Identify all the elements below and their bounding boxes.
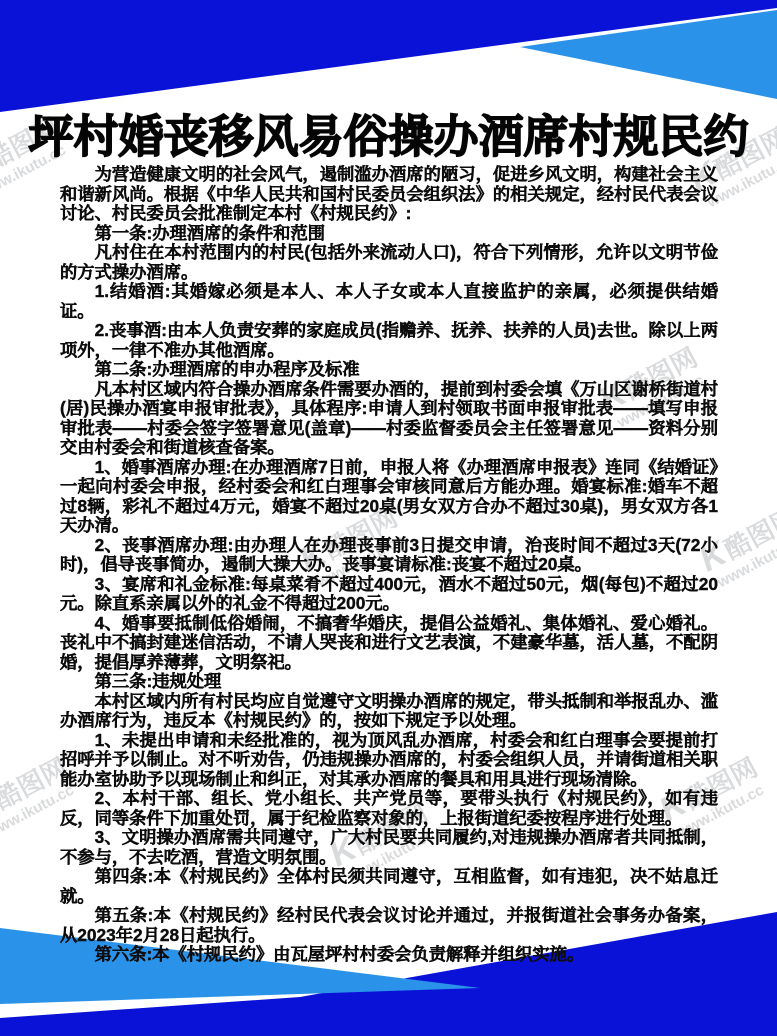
paragraph-article-1-scope: 凡村住在本村范围内的村民(包括外来流动人口)，符合下列情形，允许以文明节俭的方式… bbox=[60, 243, 718, 282]
paragraph-wedding-banquet: 1.结婚酒:其婚嫁必须是本人、本人子女或本人直接监护的亲属，必须提供结婚证。 bbox=[60, 282, 718, 321]
paragraph-violation-intro: 本村区域内所有村民均应自觉遵守文明操办酒席的规定，带头抵制和举报乱办、滥办酒席行… bbox=[60, 692, 718, 731]
heading-article-2: 第二条:办理酒席的申办程序及标准 bbox=[60, 360, 718, 380]
heading-article-3: 第三条:违规处理 bbox=[60, 672, 718, 692]
poster-title: 坪村婚丧移风易俗操办酒席村规民约 bbox=[0, 100, 777, 165]
paragraph-article-5: 第五条:本《村规民约》经村民代表会议讨论并通过，并报街道社会事务办备案，从202… bbox=[60, 906, 718, 945]
heading-article-1: 第一条:办理酒席的条件和范围 bbox=[60, 224, 718, 244]
document-body: 为营造健康文明的社会风气，遏制滥办酒席的陋习，促进乡风文明，构建社会主义和谐新风… bbox=[60, 165, 718, 965]
paragraph-article-6: 第六条:本《村规民约》由瓦屋坪村村委会负责解释并组织实施。 bbox=[60, 945, 718, 965]
paragraph-violation-rule-3: 3、文明操办酒席需共同遵守，广大村民要共同履约,对违规操办酒席者共同抵制，不参与… bbox=[60, 828, 718, 867]
paragraph-application-procedure: 凡本村区域内符合操办酒席条件需要办酒的，提前到村委会填《万山区谢桥街道村(居)民… bbox=[60, 380, 718, 458]
paragraph-intro: 为营造健康文明的社会风气，遏制滥办酒席的陋习，促进乡风文明，构建社会主义和谐新风… bbox=[60, 165, 718, 224]
paragraph-wedding-rules: 1、婚事酒席办理:在办理酒席7日前，申报人将《办理酒席申报表》连同《结婚证》一起… bbox=[60, 458, 718, 536]
watermark-url: www.ikutu.cc bbox=[711, 530, 777, 593]
paragraph-funeral-rules: 2、丧事酒席办理:由办理人在办理丧事前3日提交申请，治丧时间不超过3天(72小时… bbox=[60, 536, 718, 575]
watermark-logo: K bbox=[0, 786, 2, 829]
poster: K酷图网 www.ikutu.cc K酷图网 www.ikutu.cc K酷图网… bbox=[0, 0, 777, 1036]
paragraph-custom-reform: 4、婚事要抵制低俗婚闹，不搞奢华婚庆，提倡公益婚礼、集体婚礼、爱心婚礼。丧礼中不… bbox=[60, 614, 718, 673]
top-right-light-triangle bbox=[520, 10, 777, 99]
paragraph-violation-rule-2: 2、本村干部、组长、党小组长、共产党员等，要带头执行《村规民约》，如有违反，同等… bbox=[60, 789, 718, 828]
watermark-brand: 酷图网 bbox=[719, 502, 777, 565]
top-dark-banner-shape bbox=[0, 0, 777, 112]
paragraph-funeral-banquet: 2.丧事酒:由本人负责安葬的家庭成员(指赡养、抚养、扶养的人员)去世。除以上两项… bbox=[60, 321, 718, 360]
paragraph-article-4: 第四条:本《村规民约》全体村民须共同遵守，互相监督，如有违犯，决不姑息迁就。 bbox=[60, 867, 718, 906]
paragraph-banquet-gift-standards: 3、宴席和礼金标准:每桌菜肴不超过400元，酒水不超过50元，烟(每包)不超过2… bbox=[60, 575, 718, 614]
paragraph-violation-rule-1: 1、未提出申请和未经批准的，视为顶风乱办酒席，村委会和红白理事会要提前打招呼并予… bbox=[60, 731, 718, 790]
